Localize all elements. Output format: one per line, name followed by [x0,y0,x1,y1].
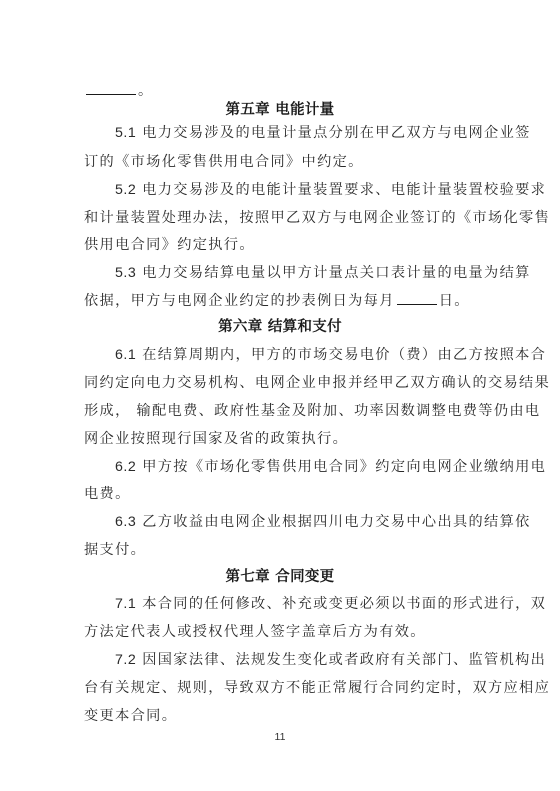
clause-5-3-line-2: 依据，甲方与电网企业约定的抄表例日为每月日。 [84,287,476,315]
clause-7-1-line-1: 7.1本合同的任何修改、补充或变更必须以书面的形式进行，双 [84,590,476,618]
clause-7-2-line-3: 变更本合同。 [84,702,476,730]
chapter-7-title: 第七章 合同变更 [0,565,560,589]
clause-7-2-line-2: 台有关规定、规则，导致双方不能正常履行合同约定时，双方应相应 [84,674,476,702]
clause-text: 本合同的任何修改、补充或变更必须以书面的形式进行，双 [142,596,546,612]
clause-number: 6.1 [115,347,136,363]
document-page: 。 第五章 电能计量 5.1电力交易涉及的电量计量点分别在甲乙双方与电网企业签 … [0,0,560,791]
clause-6-1-line-3: 形成， 输配电费、政府性基金及附加、功率因数调整电费等仍由电 [84,397,476,425]
clause-text: 甲方按《市场化零售供用电合同》约定向电网企业缴纳用电 [142,459,546,475]
clause-text: 依据，甲方与电网企业约定的抄表例日为每月 [84,293,395,309]
clause-6-1-line-4: 网企业按照现行国家及省的政策执行。 [84,425,476,453]
clause-text: 电力交易涉及的电量计量点分别在甲乙双方与电网企业签 [142,125,530,141]
clause-5-2-line-3: 供用电合同》约定执行。 [84,231,476,259]
clause-6-1-line-1: 6.1在结算周期内，甲方的市场交易电价（费）由乙方按照本合 [84,341,476,369]
lead-period: 。 [138,83,154,99]
clause-text: 电力交易结算电量以甲方计量点关口表计量的电量为结算 [142,265,530,281]
clause-text: 电力交易涉及的电能计量装置要求、电能计量装置校验要求 [142,182,546,198]
clause-7-1-line-2: 方法定代表人或授权代理人签字盖章后方为有效。 [84,618,476,646]
clause-number: 6.3 [115,514,136,530]
page-number: 11 [0,731,560,743]
clause-number: 5.3 [115,265,136,281]
fill-in-blank [86,78,136,95]
clause-number: 6.2 [115,459,136,475]
clause-text: 因国家法律、法规发生变化或者政府有关部门、监管机构出 [142,652,546,668]
clause-5-2-line-2: 和计量装置处理办法，按照甲乙双方与电网企业签订的《市场化零售 [84,204,476,232]
clause-5-2-line-1: 5.2电力交易涉及的电能计量装置要求、电能计量装置校验要求 [84,176,476,204]
clause-number: 7.2 [115,652,136,668]
clause-6-2-line-2: 电费。 [84,480,476,508]
clause-6-3-line-2: 据支付。 [84,536,476,564]
clause-6-1-line-2: 同约定向电力交易机构、电网企业申报并经甲乙双方确认的交易结果 [84,369,476,397]
clause-number: 7.1 [115,596,136,612]
clause-text: 乙方收益由电网企业根据四川电力交易中心出具的结算依 [142,514,530,530]
clause-5-1-line-1: 5.1电力交易涉及的电量计量点分别在甲乙双方与电网企业签 [84,119,476,147]
clause-7-2-line-1: 7.2因国家法律、法规发生变化或者政府有关部门、监管机构出 [84,646,476,674]
clause-text-end: 日。 [439,293,470,309]
clause-6-2-line-1: 6.2甲方按《市场化零售供用电合同》约定向电网企业缴纳用电 [84,453,476,481]
clause-number: 5.2 [115,182,136,198]
chapter-6-title: 第六章 结算和支付 [0,315,560,339]
clause-text: 在结算周期内，甲方的市场交易电价（费）由乙方按照本合 [142,347,546,363]
meter-reading-day-blank [397,288,437,305]
clause-6-3-line-1: 6.3乙方收益由电网企业根据四川电力交易中心出具的结算依 [84,508,476,536]
clause-number: 5.1 [115,125,136,141]
clause-5-3-line-1: 5.3电力交易结算电量以甲方计量点关口表计量的电量为结算 [84,259,476,287]
clause-5-1-line-2: 订的《市场化零售供用电合同》中约定。 [84,148,476,176]
